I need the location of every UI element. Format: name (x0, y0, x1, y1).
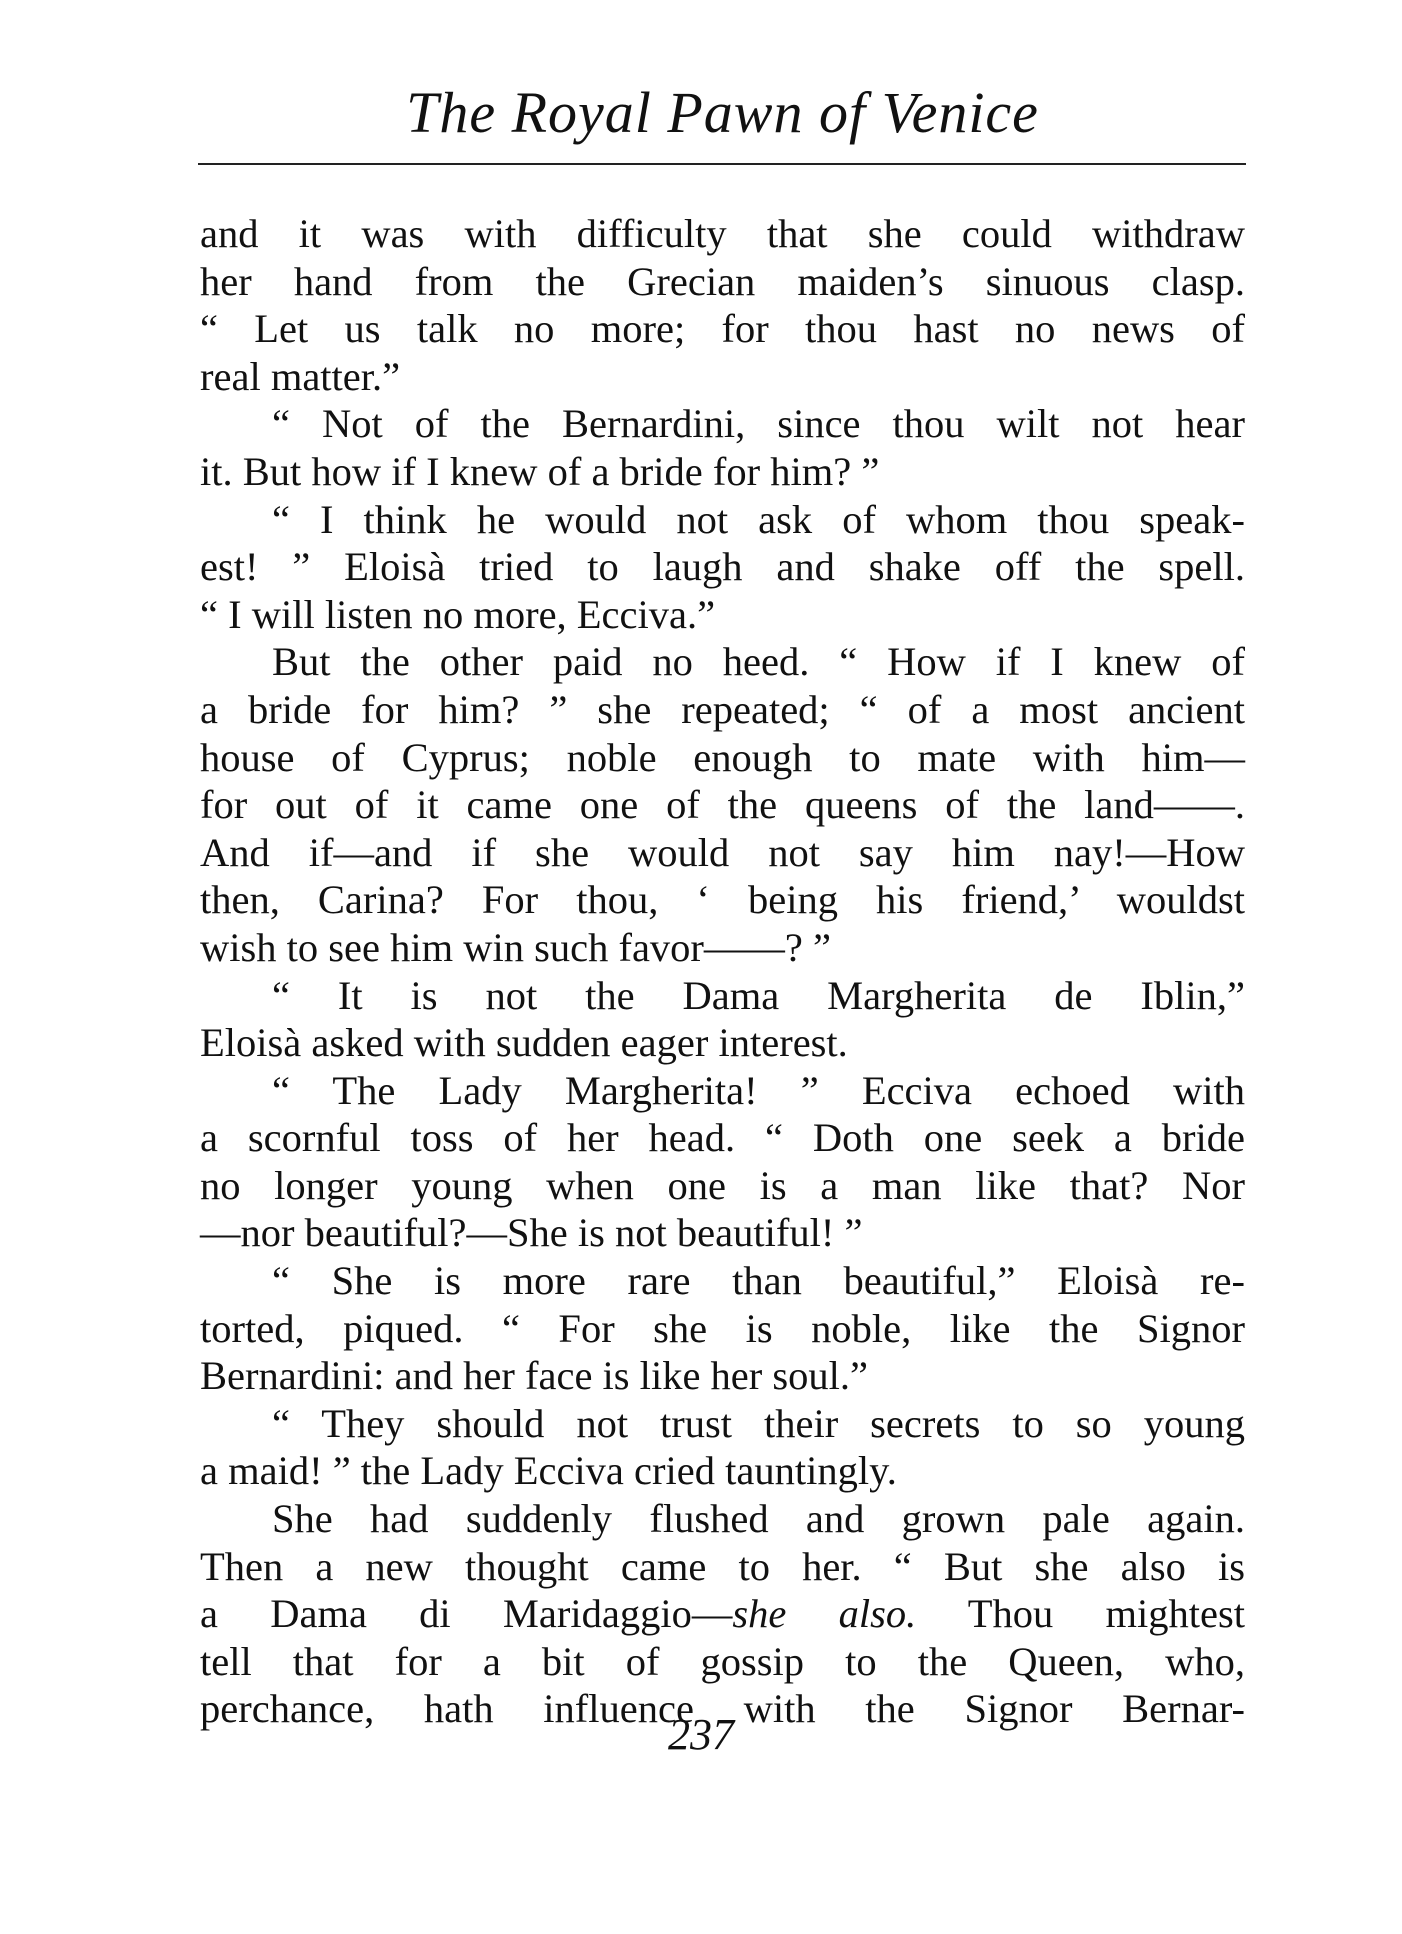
body-text: and it was with difficulty that she coul… (200, 210, 1245, 1733)
page-number: 237 (0, 1710, 1402, 1760)
text-line: “ It is not the Dama Margherita de Iblin… (200, 972, 1245, 1020)
text-line: wish to see him win such favor——? ” (200, 924, 1245, 972)
text-line: house of Cyprus; noble enough to mate wi… (200, 734, 1245, 782)
text-line: “ Let us talk no more; for thou hast no … (200, 305, 1245, 353)
text-line: it. But how if I knew of a bride for him… (200, 448, 1245, 496)
text-line: est! ” Eloisà tried to laugh and shake o… (200, 543, 1245, 591)
text-line: tell that for a bit of gossip to the Que… (200, 1638, 1245, 1686)
text-line: “ The Lady Margherita! ” Ecciva echoed w… (200, 1067, 1245, 1115)
text-line: real matter.” (200, 353, 1245, 401)
text-line: She had suddenly flushed and grown pale … (200, 1495, 1245, 1543)
text-line: for out of it came one of the queens of … (200, 781, 1245, 829)
text-line: “ I think he would not ask of whom thou … (200, 496, 1245, 544)
text-run: Thou mightest (916, 1591, 1245, 1636)
text-line: her hand from the Grecian maiden’s sinuo… (200, 258, 1245, 306)
header-rule (198, 163, 1246, 165)
text-line: “ They should not trust their secrets to… (200, 1400, 1245, 1448)
text-line: Eloisà asked with sudden eager interest. (200, 1019, 1245, 1067)
text-line: no longer young when one is a man like t… (200, 1162, 1245, 1210)
text-line: a bride for him? ” she repeated; “ of a … (200, 686, 1245, 734)
italic-text-run: she also. (732, 1591, 916, 1636)
text-run: a Dama di Maridaggio— (200, 1591, 732, 1636)
text-line: a maid! ” the Lady Ecciva cried taunting… (200, 1447, 1245, 1495)
book-page: The Royal Pawn of Venice and it was with… (0, 0, 1402, 1934)
text-line: “ Not of the Bernardini, since thou wilt… (200, 400, 1245, 448)
text-line: a Dama di Maridaggio—she also. Thou migh… (200, 1590, 1245, 1638)
text-line: —nor beautiful?—She is not beautiful! ” (200, 1209, 1245, 1257)
text-line: And if—and if she would not say him nay!… (200, 829, 1245, 877)
text-line: Bernardini: and her face is like her sou… (200, 1352, 1245, 1400)
text-line: a scornful toss of her head. “ Doth one … (200, 1114, 1245, 1162)
text-line: then, Carina? For thou, ‘ being his frie… (200, 876, 1245, 924)
text-line: and it was with difficulty that she coul… (200, 210, 1245, 258)
text-line: “ I will listen no more, Ecciva.” (200, 591, 1245, 639)
running-head: The Royal Pawn of Venice (200, 78, 1245, 148)
text-line: Then a new thought came to her. “ But sh… (200, 1543, 1245, 1591)
text-line: “ She is more rare than beautiful,” Eloi… (200, 1257, 1245, 1305)
text-line: torted, piqued. “ For she is noble, like… (200, 1305, 1245, 1353)
text-line: But the other paid no heed. “ How if I k… (200, 638, 1245, 686)
